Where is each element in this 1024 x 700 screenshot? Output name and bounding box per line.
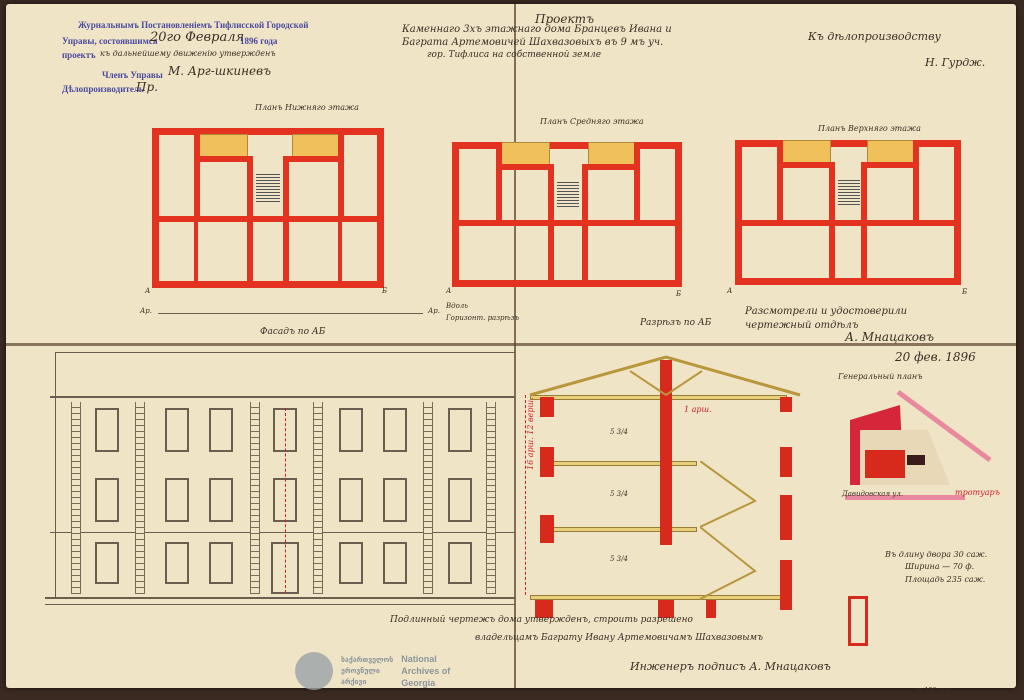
- logo-georgian-text: საქართველოს ეროვნული არქივი: [341, 655, 393, 688]
- plan-title-upper: Планъ Верхняго этажа: [818, 124, 921, 133]
- clerk-signature: Пр.: [136, 80, 158, 94]
- plan-upper-mark-right: Б: [962, 288, 967, 296]
- title-line3: гор. Тифлиса на собственной земле: [427, 50, 601, 60]
- approval-line1: Разсмотрели и удостоверили: [745, 306, 907, 317]
- staircase: [700, 461, 780, 601]
- site-dim-3: Площадь 235 саж.: [905, 575, 985, 584]
- middle-floor-plan: [452, 142, 682, 287]
- corner-note: по 126 стр.: [915, 687, 953, 694]
- plan-ground-mark-left: А: [145, 287, 150, 295]
- scale-unit-right: Ар.: [428, 307, 440, 315]
- member-label: Членъ Управы: [102, 70, 163, 80]
- plan-title-middle: Планъ Средняго этажа: [540, 117, 644, 126]
- building-section: [520, 355, 830, 610]
- site-red-label: тротуаръ: [955, 488, 1000, 497]
- plan-ground-mark-right: Б: [382, 287, 387, 295]
- section-height-dimension: 16 арш. 12 верш.: [526, 397, 535, 470]
- scale-note1: Вдоль: [446, 302, 468, 310]
- plan-upper-mark-left: А: [727, 287, 732, 295]
- plan-middle-mark-left: А: [446, 287, 451, 295]
- stamp-line1: Журнальнымъ Постановленiемъ Тифлисской Г…: [78, 20, 308, 30]
- bottom-line2: владельцамъ Баграту Ивану Артемовичамъ Ш…: [475, 633, 763, 643]
- drawing-date: 20 фев. 1896: [895, 350, 976, 364]
- bottom-line1: Подлинный чертежъ дома утвержденъ, строи…: [390, 615, 693, 625]
- scale-note2: Горизонт. разрѣзъ: [446, 314, 519, 322]
- stamp-line2-prefix: Управы, состоявшимся: [62, 36, 158, 46]
- approval-line2: чертежный отдѣлъ: [745, 320, 858, 331]
- floor2-height: 5 3/4: [610, 490, 628, 498]
- roof-truss: [520, 355, 830, 415]
- stamp-date: 20го Февраля: [150, 30, 244, 45]
- engineer-signature: Инженеръ подписъ А. Мнацаковъ: [630, 660, 831, 673]
- site-dim-1: Въ длину двора 30 саж.: [885, 550, 987, 559]
- facade-label: Фасадъ по АБ: [260, 327, 325, 337]
- site-dim-2: Ширина — 70 ф.: [905, 562, 974, 571]
- title-line2: Баграта Артемовичей Шахвазовыхъ въ 9 мъ …: [402, 37, 663, 48]
- top-right-signature: Н. Гурдж.: [925, 56, 985, 69]
- facade-elevation: [45, 352, 515, 602]
- site-plan-title: Генеральный планъ: [838, 372, 922, 381]
- title-line1: Каменнаго 3хъ этажнаго дома Бранцевъ Ива…: [402, 24, 672, 35]
- section-column-note: 1 арш.: [684, 405, 712, 414]
- clerk-label: Дѣлопроизводитель: [62, 84, 144, 94]
- section-label: Разрѣзъ по АБ: [640, 318, 711, 328]
- member-signature: М. Арг-шкиневъ: [168, 64, 271, 78]
- scale-unit-left: Ар.: [140, 307, 152, 315]
- stamp-year: 1896 года: [240, 36, 277, 46]
- top-right-note: Къ дѣлопроизводству: [808, 30, 941, 43]
- plan-middle-mark-right: Б: [676, 290, 681, 298]
- upper-floor-plan: [735, 140, 961, 285]
- floor3-height: 5 3/4: [610, 428, 628, 436]
- floor1-height: 5 3/4: [610, 555, 628, 563]
- foundation-detail: [848, 596, 868, 646]
- logo-english-text: National Archives of Georgia: [401, 653, 450, 689]
- national-archives-logo: საქართველოს ეროვნული არქივი National Arc…: [295, 652, 450, 690]
- site-street-label: Давидовская ул.: [842, 490, 903, 498]
- stamp-line3-prefix: проектъ: [62, 50, 96, 60]
- archives-emblem-icon: [295, 652, 333, 690]
- plan-title-ground: Планъ Нижняго этажа: [255, 103, 359, 112]
- approval-signature: А. Мнацаковъ: [845, 330, 934, 344]
- ground-floor-plan: [152, 128, 384, 288]
- stamp-line3-value: къ дальнейшему движенiю утвержденъ: [100, 49, 276, 58]
